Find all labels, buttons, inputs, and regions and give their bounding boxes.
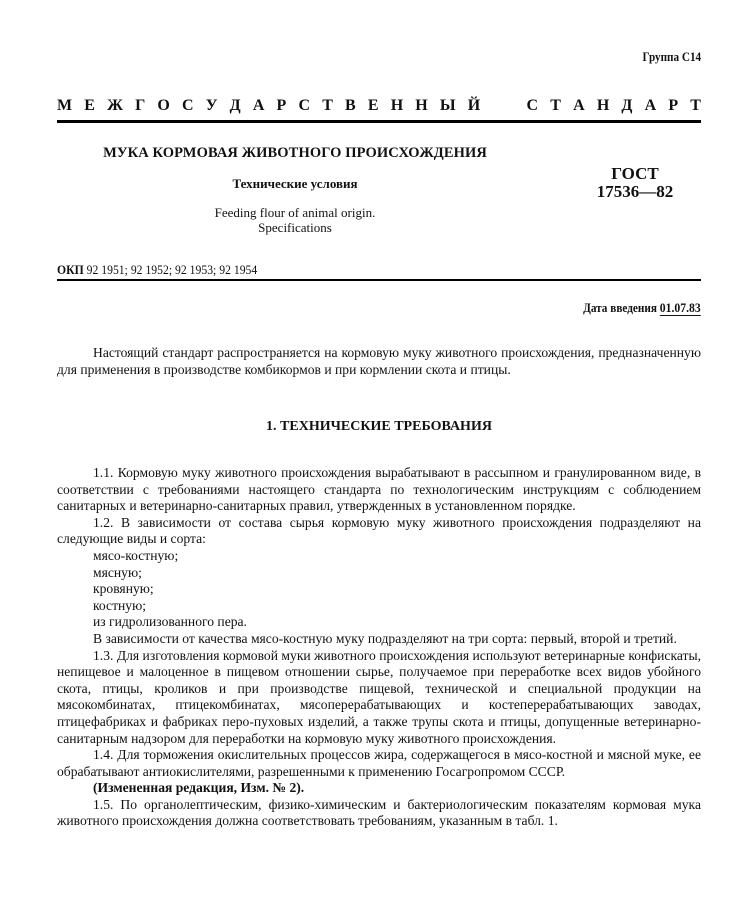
heading-letter: Ы bbox=[440, 97, 456, 115]
heading-letter: А bbox=[573, 97, 585, 115]
english-title-line1: Feeding flour of animal origin. bbox=[60, 205, 530, 220]
okp-rule bbox=[57, 279, 701, 281]
clause-1-3: 1.3. Для изготовления кормовой муки живо… bbox=[57, 648, 701, 748]
type-item: из гидролизованного пера. bbox=[57, 614, 701, 631]
gost-number: 17536—82 bbox=[560, 183, 710, 201]
heading-letter: С bbox=[182, 97, 194, 115]
gost-designation: ГОСТ 17536—82 bbox=[560, 165, 710, 201]
heading-letter: Т bbox=[322, 97, 333, 115]
okp-label: ОКП bbox=[57, 262, 84, 277]
okp-codes: ОКП 92 1951; 92 1952; 92 1953; 92 1954 bbox=[57, 262, 257, 278]
heading-letter: М bbox=[57, 97, 72, 115]
clause-1-2-grades: В зависимости от качества мясо-костную м… bbox=[57, 631, 701, 648]
heading-letter: Ж bbox=[107, 97, 123, 115]
heading-rule bbox=[57, 120, 701, 123]
clause-1-4: 1.4. Для торможения окислительных процес… bbox=[57, 747, 701, 780]
section-1-title: 1. ТЕХНИЧЕСКИЕ ТРЕБОВАНИЯ bbox=[57, 419, 701, 435]
document-subtitle: Технические условия bbox=[60, 176, 530, 192]
type-item: костную; bbox=[57, 598, 701, 615]
group-label: Группа С14 bbox=[642, 49, 701, 65]
clause-1-2: 1.2. В зависимости от состава сырья корм… bbox=[57, 515, 701, 548]
type-item: мясную; bbox=[57, 565, 701, 582]
intro-paragraph: Настоящий стандарт распространяется на к… bbox=[57, 345, 701, 378]
heading-letter: А bbox=[253, 97, 265, 115]
section-1-body: 1.1. Кормовую муку животного происхожден… bbox=[57, 465, 701, 830]
gost-label: ГОСТ bbox=[560, 165, 710, 183]
heading-word-gap bbox=[492, 97, 514, 115]
heading-letter: Т bbox=[690, 97, 701, 115]
clause-1-1: 1.1. Кормовую муку животного происхожден… bbox=[57, 465, 701, 515]
intro-section: Настоящий стандарт распространяется на к… bbox=[57, 345, 701, 378]
heading-letter: Н bbox=[597, 97, 609, 115]
type-item: кровяную; bbox=[57, 581, 701, 598]
heading-letter: В bbox=[345, 97, 356, 115]
date-value: 01.07.83 bbox=[660, 300, 701, 315]
document-title: МУКА КОРМОВАЯ ЖИВОТНОГО ПРОИСХОЖДЕНИЯ bbox=[60, 145, 530, 162]
introduction-date: Дата введения 01.07.83 bbox=[583, 300, 701, 316]
heading-letter: С bbox=[527, 97, 539, 115]
english-title: Feeding flour of animal origin. Specific… bbox=[60, 205, 530, 235]
heading-letter: У bbox=[206, 97, 218, 115]
amendment-note: (Измененная редакция, Изм. № 2). bbox=[57, 780, 701, 797]
heading-letter: О bbox=[157, 97, 169, 115]
heading-letter: Т bbox=[550, 97, 561, 115]
okp-values: 92 1951; 92 1952; 92 1953; 92 1954 bbox=[87, 262, 258, 277]
heading-letter: Р bbox=[668, 97, 678, 115]
heading-letter: Е bbox=[84, 97, 95, 115]
date-label: Дата введения bbox=[583, 301, 657, 315]
interstate-standard-heading: МЕЖГОСУДАРСТВЕННЫЙСТАНДАРТ bbox=[57, 97, 701, 115]
heading-letter: С bbox=[298, 97, 310, 115]
heading-letter: Н bbox=[415, 97, 427, 115]
heading-letter: Д bbox=[621, 97, 632, 115]
clause-1-5: 1.5. По органолептическим, физико-химиче… bbox=[57, 797, 701, 830]
heading-letter: Н bbox=[391, 97, 403, 115]
heading-letter: А bbox=[645, 97, 657, 115]
heading-letter: Й bbox=[468, 97, 480, 115]
heading-letter: Д bbox=[230, 97, 241, 115]
heading-letter: Г bbox=[135, 97, 145, 115]
english-title-line2: Specifications bbox=[60, 220, 530, 235]
heading-letter: Е bbox=[368, 97, 379, 115]
type-item: мясо-костную; bbox=[57, 548, 701, 565]
heading-letter: Р bbox=[277, 97, 287, 115]
